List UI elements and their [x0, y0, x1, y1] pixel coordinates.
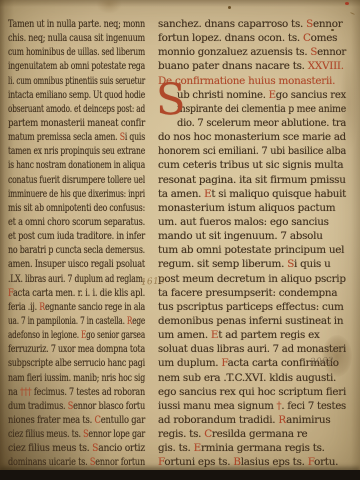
manuscript-line-text: mando ut sit ingenuum. 7 absolu [158, 231, 323, 242]
body-text: omes [311, 33, 338, 44]
body-text: egnante sancio rege in ala [45, 302, 145, 313]
manuscript-line-text: inspirante dei clementia p mee anime [177, 104, 346, 115]
rubricated-text: XXVIII. [308, 61, 344, 72]
body-text: buano pater dnans nacare ts. [158, 61, 308, 72]
manuscript-line-text: ad roborandum tradidi. Ranimirus [158, 415, 330, 426]
rubricated-text: E [204, 189, 211, 200]
body-text: ferruzuriz. 7 uxor mea dompna tota [8, 344, 145, 355]
body-text: matum premissa secla amen. [8, 132, 120, 143]
right-text-column: sanchez. dnans caparroso ts. Sennorfortu… [158, 12, 346, 465]
manuscript-line-text: monasterium istum aliquos pactum [158, 203, 335, 214]
manuscript-line-text: adefonso in legione. Ego senior garsea [8, 330, 145, 341]
body-text: resilda germana re [212, 429, 308, 440]
manuscript-line-text: no baratri p cuncta secla demersus. [8, 245, 145, 256]
body-text: .LX. libras auri. 7 duplum ad reglam. [8, 274, 145, 285]
body-text: regis. ts. [158, 429, 204, 440]
manuscript-line: Tamen ut in nulla parte. neq; monn [8, 12, 145, 26]
body-text: no baratri p cuncta secla demersus. [8, 245, 145, 256]
manuscript-line-text: sanchez. dnans caparroso ts. Sennor [158, 19, 342, 30]
body-text: conatus fuerit disrumpere tollere uel [8, 175, 145, 186]
body-text: obseruant amodo. et deinceps post: ad [8, 104, 145, 115]
manuscript-line-text: honorem sci emiliani. 7 ubi basilice alb… [158, 146, 346, 157]
body-text: fecimus. 7 testes ad roboran [31, 387, 145, 398]
manuscript-line-text: ub christi nomine. Ego sancius rex [177, 90, 346, 101]
manuscript-line-text: imminuere de his que dixerimus: inpri [8, 189, 145, 200]
body-text: chis. neq; nulla causa sit ingenuum [8, 33, 145, 44]
manuscript-line-text: ingenuitatem ab omni potestate rega [8, 61, 145, 72]
manuscript-line-text: cum hominibus de uillas. sed liberum [8, 47, 145, 58]
margin-annotation-right: 3062 [310, 356, 335, 367]
body-text: um duplum. [158, 358, 221, 369]
left-text-column: Tamen ut in nulla parte. neq; monnchis. … [8, 12, 145, 465]
drop-cap-initial: S [156, 77, 182, 125]
manuscript-line-text: obseruant amodo. et deinceps post: ad [8, 104, 145, 115]
manuscript-line-text: nem sub era .T.C.XVI. kldis augusti. [158, 373, 336, 384]
body-text: adefonso in legione. [8, 330, 81, 341]
body-text: tum ab omni potestate principum uel [158, 245, 344, 256]
manuscript-line-text: ua. 7 in pampilonia. 7 in castella. Rege [8, 316, 145, 327]
rubricated-text: S [310, 47, 317, 58]
body-text: na [8, 387, 20, 398]
manuscript-page: Tamen ut in nulla parte. neq; monnchis. … [0, 0, 360, 480]
body-text: nem sub era .T.C.XVI. kldis augusti. [158, 373, 336, 384]
body-text: cum ceteris tribus ut sic signis multa [158, 160, 343, 171]
body-text: rminia germana regis ts. [201, 443, 325, 454]
body-text: um. aut fueros malos: ego sancius [158, 217, 329, 228]
manuscript-line-text: mis sit ab omnipotenti deo confusus: [8, 203, 145, 214]
body-text: cum hominibus de uillas. sed liberum [8, 47, 145, 58]
body-text: partem monasterii maneat confir [8, 118, 145, 129]
body-text: inspirante dei clementia p mee anime [177, 104, 346, 115]
body-text: ege [132, 316, 145, 327]
body-text: imminuere de his que dixerimus: inpri [8, 189, 145, 200]
rubricated-text: E [269, 90, 276, 101]
manuscript-line-text: et a omni choro scorum separatus. [8, 217, 145, 228]
manuscript-line-text: dio. 7 scelerum meor ablutione. tra [177, 118, 346, 129]
body-text: iussi manu mea signum [158, 401, 277, 412]
rubricated-text: E [211, 330, 218, 341]
manuscript-line-text: matum premissa secla amen. Si quis [8, 132, 145, 143]
body-text: intacta emiliano semp. Ut quod hodie [8, 90, 145, 101]
margin-annotation-left: 1613 [141, 276, 166, 288]
manuscript-line-text: ta amen. Et si maliquo quisque habuit [158, 189, 346, 200]
body-text: animirus [286, 415, 330, 426]
body-text: feria .ij. [8, 302, 39, 313]
body-text: um amen. [158, 330, 211, 341]
body-text: entullo gar [101, 415, 145, 426]
body-text: ennor lope gar [88, 429, 145, 440]
manuscript-line-text: conatus fuerit disrumpere tollere uel [8, 175, 145, 186]
manuscript-line-text: li. cum omnibus ptinentiis suis seruetur [8, 76, 145, 87]
body-text: dominans uicarie ts. [8, 457, 90, 468]
rubricated-text: R [278, 415, 286, 426]
manuscript-line-text: et post cum iuda traditore. in infer [8, 231, 145, 242]
body-text: Tamen ut in nulla parte. neq; monn [8, 19, 145, 30]
manuscript-line-text: feria .ij. Regnante sancio rege in ala [8, 302, 145, 313]
body-text: ta facere presumpserit: condempna [158, 288, 337, 299]
photo-edge [0, 470, 360, 480]
rubricated-text: C [303, 33, 311, 44]
manuscript-line-text: niones frater mea ts. Centullo gar [8, 415, 145, 426]
body-text: t ad partem regis ex [218, 330, 319, 341]
body-text: amen. Insuper uisco regali psoluat [8, 259, 145, 270]
body-text: ennor blasco fortu [73, 401, 145, 412]
body-text: i quis [125, 132, 145, 143]
manuscript-line-text: ciez filius meus ts. Sancio ortiz [8, 443, 145, 454]
manuscript-line-text: dum tradimus. Sennor blasco fortu [8, 401, 145, 412]
body-text: go senior garsea [86, 330, 145, 341]
manuscript-line-text: post meum decretum in aliquo pscrip [158, 274, 346, 285]
body-text: mando ut sit ingenuum. 7 absolu [158, 231, 323, 242]
body-text: ortuni eps ts. [164, 457, 233, 468]
red-ink-speck [345, 2, 349, 5]
manuscript-line-text: ta facere presumpserit: condempna [158, 288, 337, 299]
body-text: go sancius rex [276, 90, 346, 101]
manuscript-line-text: ferruzuriz. 7 uxor mea dompna tota [8, 344, 145, 355]
body-text: li. cum omnibus ptinentiis suis seruetur [8, 76, 145, 87]
manuscript-line-text: partem monasterii maneat confir [8, 118, 145, 129]
body-text: subpscripte albe serrucio hanc pagi [8, 358, 145, 369]
body-text: ortu. [314, 457, 338, 468]
body-text: et post cum iuda traditore. in infer [8, 231, 145, 242]
body-text: t si maliquo quisque habuit [211, 189, 346, 200]
manuscript-line-text: regum. sit semp liberum. Si quis u [158, 259, 331, 270]
body-text: gis. ts. [158, 443, 194, 454]
manuscript-line-text: gis. ts. Erminia germana regis ts. [158, 443, 325, 454]
body-text: ennor [313, 19, 342, 30]
manuscript-line-text: resonat pagina. ita sit firmum pmissu [158, 175, 346, 186]
manuscript-line-text: Fortuni eps ts. Blasius eps ts. Fortu. [158, 457, 338, 468]
body-text: monnio gonzaluez azuensis ts. [158, 47, 310, 58]
manuscript-line-text: amen. Insuper uisco regali psoluat [8, 259, 145, 270]
body-text: dum tradimus. [8, 401, 68, 412]
body-text: resonat pagina. ita sit firmum pmissu [158, 175, 346, 186]
body-text: demonibus penas inferni sustineat in [158, 316, 343, 327]
manuscript-line-text: ego sancius rex qui hoc scriptum fieri [158, 387, 346, 398]
manuscript-line-text: chis. neq; nulla causa sit ingenuum [8, 33, 145, 44]
scratch-mark [350, 12, 355, 15]
manuscript-line-text: Tamen ut in nulla parte. neq; monn [8, 19, 145, 30]
body-text: ciez filius meus. ts. [8, 429, 83, 440]
manuscript-line-text: regis. ts. Cresilda germana re [158, 429, 307, 440]
body-text: ancio ortiz [98, 443, 145, 454]
manuscript-line-text: cum ceteris tribus ut sic signis multa [158, 160, 343, 171]
body-text: i quis u [294, 259, 330, 270]
body-text: regum. sit semp liberum. [158, 259, 287, 270]
manuscript-line-text: is hanc nostram donationem in aliqua [8, 160, 145, 171]
body-text: is hanc nostram donationem in aliqua [8, 160, 145, 171]
body-text: sanchez. dnans caparroso ts. [158, 19, 306, 30]
body-text: ennor fortun [95, 457, 145, 468]
rubricated-text: C [204, 429, 212, 440]
body-text: ennor [317, 47, 346, 58]
body-text: lasius eps ts. [241, 457, 308, 468]
manuscript-line-text: tum ab omni potestate principum uel [158, 245, 344, 256]
body-text: ua. 7 in pampilonia. 7 in castella. [8, 316, 127, 327]
rubricated-text: E [194, 443, 201, 454]
body-text: dio. 7 scelerum meor ablutione. tra [177, 118, 346, 129]
manuscript-line-text: iussi manu mea signum †. feci 7 testes [158, 401, 346, 412]
manuscript-line-text: na ††† fecimus. 7 testes ad roboran [8, 387, 145, 398]
body-text: tus pscriptus particeps effectus: cum [158, 302, 344, 313]
manuscript-line-text: demonibus penas inferni sustineat in [158, 316, 343, 327]
manuscript-line-text: buano pater dnans nacare ts. XXVIII. [158, 61, 344, 72]
manuscript-line-text: Facta carta men. r. i. i. die klis apl. [8, 288, 145, 299]
manuscript-line: sanchez. dnans caparroso ts. Sennor [158, 12, 346, 26]
manuscript-line-text: um. aut fueros malos: ego sancius [158, 217, 329, 228]
body-text: nam fieri iussim. manib; nris hoc sig [8, 373, 145, 384]
manuscript-line-text: nam fieri iussim. manib; nris hoc sig [8, 373, 145, 384]
body-text: . feci 7 testes [281, 401, 346, 412]
body-text: ad roborandum tradidi. [158, 415, 278, 426]
body-text: honorem sci emiliani. 7 ubi basilice alb… [158, 146, 346, 157]
body-text: acta carta men. r. i. i. die klis apl. [13, 288, 145, 299]
body-text: post meum decretum in aliquo pscrip [158, 274, 346, 285]
manuscript-line-text: tus pscriptus particeps effectus: cum [158, 302, 344, 313]
manuscript-line-text: .LX. libras auri. 7 duplum ad reglam. [8, 274, 145, 285]
manuscript-line-text: fortun lopez. dnans ocon. ts. Comes [158, 33, 337, 44]
manuscript-line-text: tamen ex nris propinquis seu extrane [8, 146, 145, 157]
body-text: et a omni choro scorum separatus. [8, 217, 145, 228]
body-text: do nos hoc monasterium sce marie ad [158, 132, 346, 143]
manuscript-line-text: monnio gonzaluez azuensis ts. Sennor [158, 47, 346, 58]
body-text: monasterium istum aliquos pactum [158, 203, 335, 214]
body-text: ub christi nomine. [177, 90, 269, 101]
body-text: tamen ex nris propinquis seu extrane [8, 146, 145, 157]
body-text: ciez filius meus ts. [8, 443, 92, 454]
manuscript-line-text: um amen. Et ad partem regis ex [158, 330, 320, 341]
rubricated-text: B [233, 457, 240, 468]
manuscript-line-text: soluat duas libras auri. 7 ad monasteri [158, 344, 346, 355]
manuscript-line-text: do nos hoc monasterium sce marie ad [158, 132, 346, 143]
manuscript-line-text: dominans uicarie ts. Sennor fortun [8, 457, 145, 468]
ink-speck [228, 6, 231, 9]
manuscript-line-text: ciez filius meus. ts. Sennor lope gar [8, 429, 145, 440]
body-text: ingenuitatem ab omni potestate rega [8, 61, 145, 72]
body-text: soluat duas libras auri. 7 ad monasteri [158, 344, 346, 355]
manuscript-line-text: intacta emiliano semp. Ut quod hodie [8, 90, 145, 101]
body-text: niones frater mea ts. [8, 415, 95, 426]
body-text: mis sit ab omnipotenti deo confusus: [8, 203, 145, 214]
body-text: fortun lopez. dnans ocon. ts. [158, 33, 303, 44]
manuscript-line-text: subpscripte albe serrucio hanc pagi [8, 358, 145, 369]
rubricated-text: ††† [20, 387, 32, 398]
body-text: ego sancius rex qui hoc scriptum fieri [158, 387, 346, 398]
body-text: ta amen. [158, 189, 204, 200]
